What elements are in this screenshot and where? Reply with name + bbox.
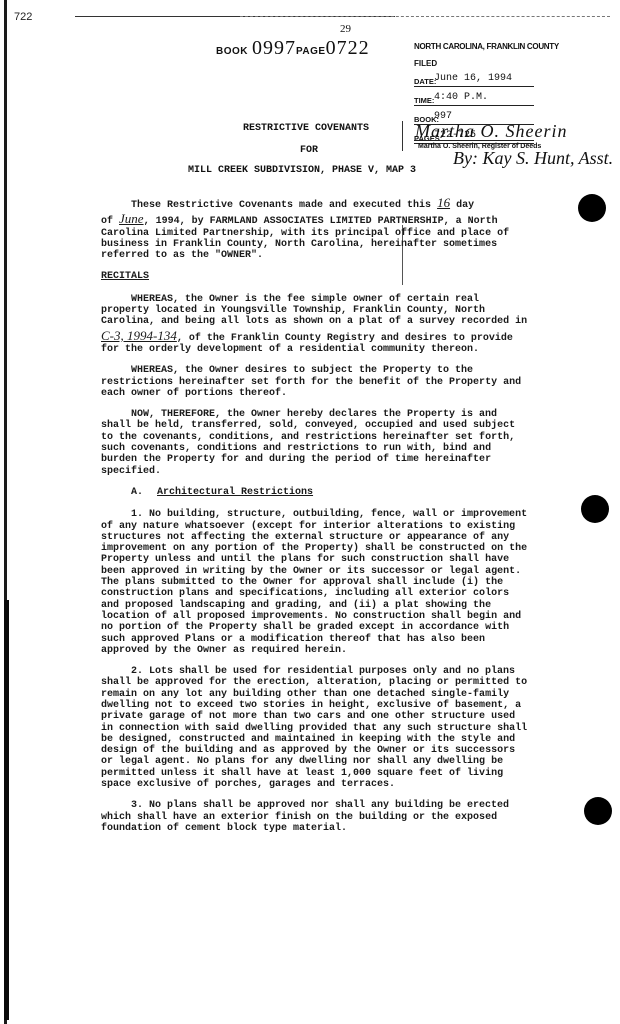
stamp-superscript: 29 bbox=[340, 23, 351, 35]
filed-label: FILED bbox=[414, 59, 534, 68]
section-title: Architectural Restrictions bbox=[157, 487, 313, 498]
whereas-text: WHEREAS, the Owner is the fee simple own… bbox=[101, 294, 527, 328]
whereas-paragraph-1: WHEREAS, the Owner is the fee simple own… bbox=[101, 294, 531, 355]
section-a-heading: A.Architectural Restrictions bbox=[131, 487, 531, 498]
punch-hole-mark bbox=[581, 495, 609, 523]
book-page-stamp: BOOK 0997PAGE0722 29 bbox=[216, 37, 370, 60]
book-label: BOOK bbox=[216, 46, 248, 57]
filing-row-date: DATE: June 16, 1994 bbox=[414, 70, 534, 87]
doc-title-for: FOR bbox=[300, 145, 318, 156]
page-label: PAGE bbox=[296, 46, 326, 57]
restriction-item-1: 1. No building, structure, outbuilding, … bbox=[101, 509, 531, 656]
signature-line bbox=[414, 140, 534, 141]
top-rule-dashed bbox=[240, 16, 610, 17]
whereas-paragraph-2: WHEREAS, the Owner desires to subject th… bbox=[101, 365, 531, 399]
document-body: These Restrictive Covenants made and exe… bbox=[101, 195, 531, 844]
section-letter: A. bbox=[131, 487, 143, 498]
register-signature: Martha O. Sheerin bbox=[415, 121, 567, 142]
doc-title: RESTRICTIVE COVENANTS bbox=[243, 123, 369, 134]
corner-page-number: 722 bbox=[14, 11, 32, 23]
page-number: 0722 bbox=[326, 37, 370, 59]
filing-label: DATE: bbox=[414, 77, 436, 86]
handwritten-month: June bbox=[119, 211, 144, 226]
recitals-heading: RECITALS bbox=[101, 271, 531, 282]
punch-hole-mark bbox=[584, 797, 612, 825]
deputy-signature: By: Kay S. Hunt, Asst. bbox=[453, 148, 613, 169]
restriction-item-2: 2. Lots shall be used for residential pu… bbox=[101, 666, 531, 790]
filing-row-time: TIME: 4:40 P.M. bbox=[414, 89, 534, 106]
intro-text: , 1994, by FARMLAND ASSOCIATES LIMITED P… bbox=[101, 216, 509, 261]
handwritten-plat-ref: C-3, 1994-134 bbox=[101, 328, 177, 343]
now-therefore-paragraph: NOW, THEREFORE, the Owner hereby declare… bbox=[101, 409, 531, 477]
filing-value: June 16, 1994 bbox=[434, 73, 512, 84]
filing-value: 4:40 P.M. bbox=[434, 92, 488, 103]
handwritten-day: 16 bbox=[437, 195, 450, 210]
punch-hole-mark bbox=[578, 194, 606, 222]
filing-label: TIME: bbox=[414, 96, 434, 105]
intro-paragraph: These Restrictive Covenants made and exe… bbox=[101, 195, 531, 261]
filing-county: NORTH CAROLINA, FRANKLIN COUNTY bbox=[414, 42, 534, 51]
book-number: 0997 bbox=[252, 37, 296, 59]
doc-subtitle: MILL CREEK SUBDIVISION, PHASE V, MAP 3 bbox=[188, 165, 416, 176]
intro-text: These Restrictive Covenants made and exe… bbox=[131, 200, 437, 211]
stamp-divider bbox=[402, 121, 403, 151]
restriction-item-3: 3. No plans shall be approved nor shall … bbox=[101, 800, 531, 834]
scan-left-border-bottom bbox=[4, 600, 9, 1020]
